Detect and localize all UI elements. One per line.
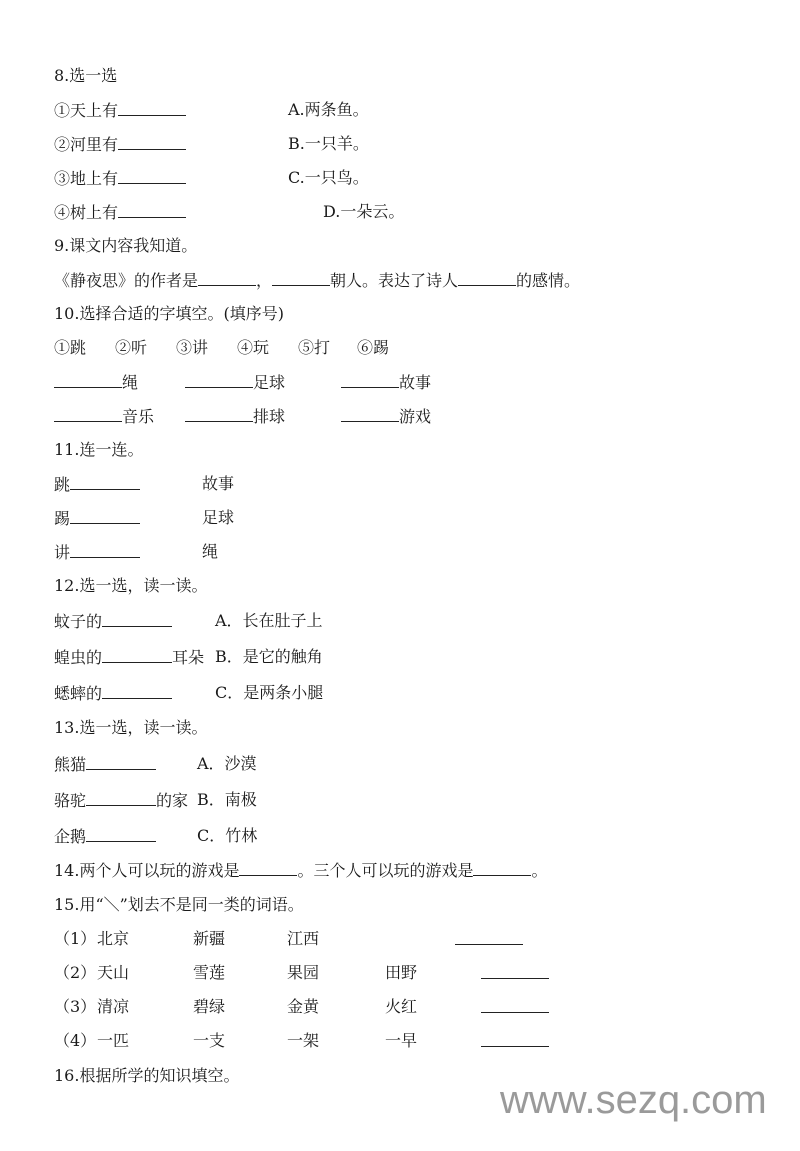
q15-row-1-word-2[interactable]: 江西 bbox=[287, 929, 319, 949]
q10-row1-item1: 绳 bbox=[54, 372, 138, 393]
q15-row-4-word-0[interactable]: 一匹 bbox=[97, 1031, 129, 1051]
answer-blank[interactable] bbox=[70, 542, 140, 558]
answer-blank[interactable] bbox=[102, 647, 172, 663]
q15-row-2-word-1[interactable]: 雪莲 bbox=[193, 963, 225, 983]
q15-row-1-word-1[interactable]: 新疆 bbox=[193, 929, 225, 949]
q10-option-5: ⑤打 bbox=[298, 338, 330, 358]
q11-right-1: 故事 bbox=[202, 474, 234, 494]
answer-blank[interactable] bbox=[118, 168, 186, 184]
q15-row-4-word-1[interactable]: 一支 bbox=[193, 1031, 225, 1051]
answer-blank[interactable] bbox=[86, 826, 156, 842]
q15-row-3-num: （3） bbox=[54, 997, 96, 1017]
answer-blank[interactable] bbox=[70, 508, 140, 524]
q15-row-2-word-3[interactable]: 田野 bbox=[385, 963, 417, 983]
q10-option-3: ③讲 bbox=[176, 338, 208, 358]
q8-option-d: D.一朵云。 bbox=[323, 202, 404, 222]
answer-blank[interactable] bbox=[86, 754, 156, 770]
q11-right-3: 绳 bbox=[202, 542, 218, 562]
answer-blank[interactable] bbox=[185, 372, 253, 388]
q8-item-2: ②河里有 bbox=[54, 134, 186, 155]
q12-option-a: A．长在肚子上 bbox=[215, 611, 323, 631]
q15-row-4-word-3[interactable]: 一早 bbox=[385, 1031, 417, 1051]
q15-row-2-num: （2） bbox=[54, 963, 96, 983]
q15-row-3-answer[interactable] bbox=[481, 997, 549, 1018]
q8-item-4: ④树上有 bbox=[54, 202, 186, 223]
q12-left-2: 蝗虫的耳朵 bbox=[54, 647, 204, 668]
q15-row-3-word-0[interactable]: 清凉 bbox=[97, 997, 129, 1017]
q10-option-4: ④玩 bbox=[237, 338, 269, 358]
q12-left-3: 蟋蟀的 bbox=[54, 683, 172, 704]
q8-item-1: ①天上有 bbox=[54, 100, 186, 121]
dynasty-blank[interactable] bbox=[272, 270, 330, 286]
q15-row-1-num: （1） bbox=[54, 929, 96, 949]
q8-item-3: ③地上有 bbox=[54, 168, 186, 189]
q10-row2-item2: 排球 bbox=[185, 406, 285, 427]
q12-option-b: B．是它的触角 bbox=[215, 647, 323, 667]
q15-row-4-word-2[interactable]: 一架 bbox=[287, 1031, 319, 1051]
q15-row-4-answer[interactable] bbox=[481, 1031, 549, 1052]
q11-left-3: 讲 bbox=[54, 542, 140, 563]
q13-option-b: B．南极 bbox=[197, 790, 257, 810]
question-14: 14.两个人可以玩的游戏是。三个人可以玩的游戏是。 bbox=[54, 860, 547, 881]
question-12-title: 12.选一选，读一读。 bbox=[54, 576, 207, 596]
q13-left-3: 企鹅 bbox=[54, 826, 156, 847]
author-blank[interactable] bbox=[198, 270, 256, 286]
answer-blank[interactable] bbox=[185, 406, 253, 422]
question-8-title: 8.选一选 bbox=[54, 66, 117, 86]
q10-option-2: ②听 bbox=[115, 338, 147, 358]
q13-option-c: C．竹林 bbox=[197, 826, 257, 846]
q15-row-3-word-2[interactable]: 金黄 bbox=[287, 997, 319, 1017]
q15-row-2-word-0[interactable]: 天山 bbox=[97, 963, 129, 983]
q13-option-a: A．沙漠 bbox=[197, 754, 257, 774]
answer-blank[interactable] bbox=[102, 683, 172, 699]
question-13-title: 13.选一选，读一读。 bbox=[54, 718, 207, 738]
answer-blank[interactable] bbox=[118, 100, 186, 116]
answer-blank[interactable] bbox=[54, 372, 122, 388]
q11-left-1: 跳 bbox=[54, 474, 140, 495]
q13-left-1: 熊猫 bbox=[54, 754, 156, 775]
q8-option-c: C.一只鸟。 bbox=[288, 168, 369, 188]
q15-row-4-num: （4） bbox=[54, 1031, 96, 1051]
q15-row-2-word-2[interactable]: 果园 bbox=[287, 963, 319, 983]
q15-row-1-answer[interactable] bbox=[455, 929, 523, 950]
answer-blank[interactable] bbox=[341, 406, 399, 422]
answer-blank[interactable] bbox=[70, 474, 140, 490]
two-player-game-blank[interactable] bbox=[239, 860, 297, 876]
q10-row2-item3: 游戏 bbox=[341, 406, 431, 427]
q15-row-3-word-1[interactable]: 碧绿 bbox=[193, 997, 225, 1017]
answer-blank[interactable] bbox=[102, 611, 172, 627]
q15-row-2-answer[interactable] bbox=[481, 963, 549, 984]
answer-blank[interactable] bbox=[118, 134, 186, 150]
q15-row-1-word-0[interactable]: 北京 bbox=[97, 929, 129, 949]
question-15-title: 15.用“＼”划去不是同一类的词语。 bbox=[54, 895, 304, 915]
question-10-title: 10.选择合适的字填空。(填序号) bbox=[54, 304, 284, 324]
answer-blank[interactable] bbox=[118, 202, 186, 218]
answer-blank[interactable] bbox=[341, 372, 399, 388]
q8-option-b: B.一只羊。 bbox=[288, 134, 369, 154]
q8-option-a: A.两条鱼。 bbox=[288, 100, 369, 120]
question-11-title: 11.连一连。 bbox=[54, 440, 143, 460]
q10-option-6: ⑥踢 bbox=[357, 338, 389, 358]
watermark: www.sezq.com bbox=[500, 1078, 767, 1122]
q10-row1-item3: 故事 bbox=[341, 372, 431, 393]
q13-left-2: 骆驼的家 bbox=[54, 790, 188, 811]
answer-blank[interactable] bbox=[86, 790, 156, 806]
q12-left-1: 蚊子的 bbox=[54, 611, 172, 632]
q11-left-2: 踢 bbox=[54, 508, 140, 529]
q11-right-2: 足球 bbox=[202, 508, 234, 528]
question-16-title: 16.根据所学的知识填空。 bbox=[54, 1066, 239, 1086]
q9-line: 《静夜思》的作者是，朝人。表达了诗人的感情。 bbox=[54, 270, 580, 291]
q10-row2-item1: 音乐 bbox=[54, 406, 154, 427]
q10-option-1: ①跳 bbox=[54, 338, 86, 358]
feeling-blank[interactable] bbox=[458, 270, 516, 286]
q10-row1-item2: 足球 bbox=[185, 372, 285, 393]
question-9-title: 9.课文内容我知道。 bbox=[54, 236, 197, 256]
q15-row-3-word-3[interactable]: 火红 bbox=[385, 997, 417, 1017]
q12-option-c: C．是两条小腿 bbox=[215, 683, 323, 703]
three-player-game-blank[interactable] bbox=[473, 860, 531, 876]
answer-blank[interactable] bbox=[54, 406, 122, 422]
